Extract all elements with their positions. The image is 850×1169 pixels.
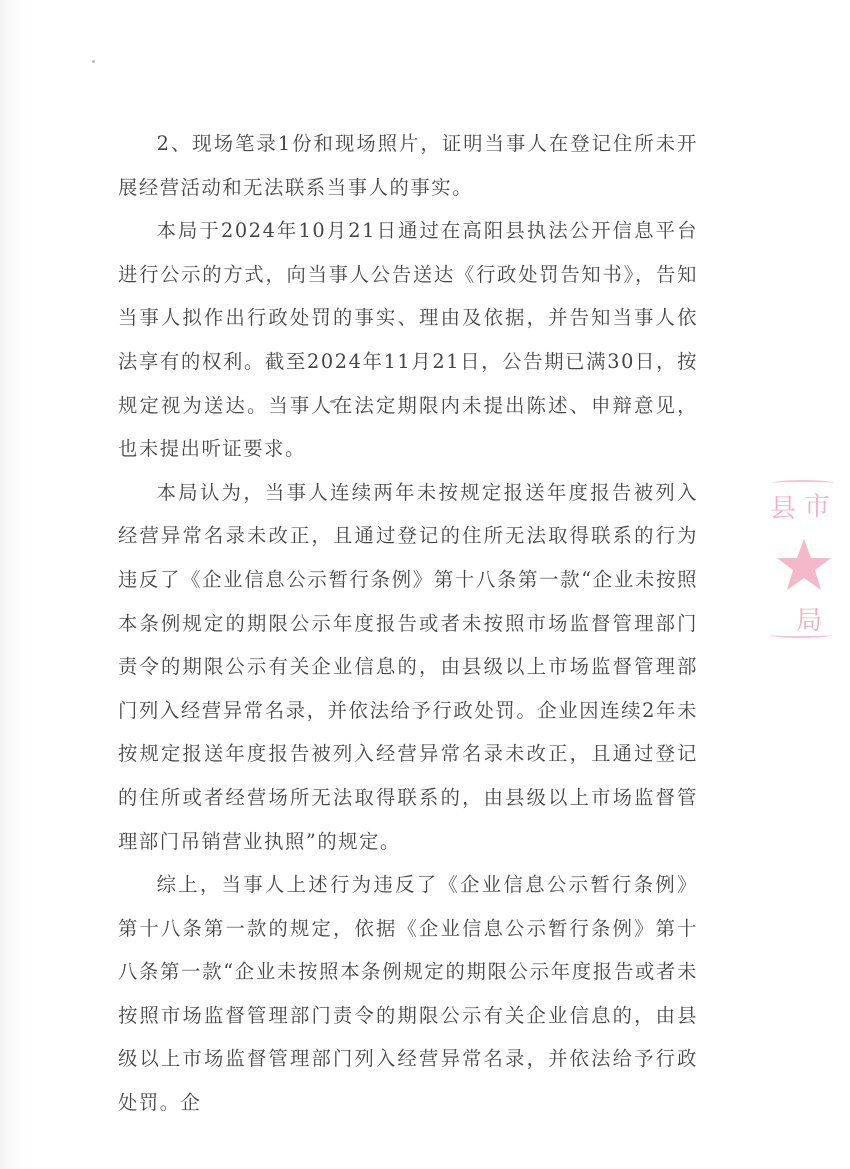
scan-speck	[330, 400, 336, 403]
scanned-document-page: 2、现场笔录1份和现场照片，证明当事人在登记住所未开展经营活动和无法联系当事人的…	[0, 0, 850, 1169]
paragraph-bureau-finding: 本局认为，当事人连续两年未按规定报送年度报告被列入经营异常名录未改正，且通过登记…	[118, 471, 698, 863]
paragraph-notice-delivery: 本局于2024年10月21日通过在高阳县执法公开信息平台进行公示的方式，向当事人…	[118, 209, 698, 471]
star-icon	[774, 536, 834, 596]
paragraph-evidence-item-2: 2、现场笔录1份和现场照片，证明当事人在登记住所未开展经营活动和无法联系当事人的…	[118, 122, 698, 209]
seal-char-1: 县	[770, 488, 796, 525]
seal-border-bottom	[770, 632, 832, 638]
official-seal-stamp: 县 市 局	[766, 480, 836, 640]
seal-char-2: 市	[804, 486, 830, 523]
scan-speck	[92, 60, 95, 63]
document-body: 2、现场笔录1份和现场照片，证明当事人在登记住所未开展经营活动和无法联系当事人的…	[118, 122, 698, 1125]
paragraph-conclusion: 综上，当事人上述行为违反了《企业信息公示暂行条例》第十八条第一款的规定，依据《企…	[118, 863, 698, 1125]
